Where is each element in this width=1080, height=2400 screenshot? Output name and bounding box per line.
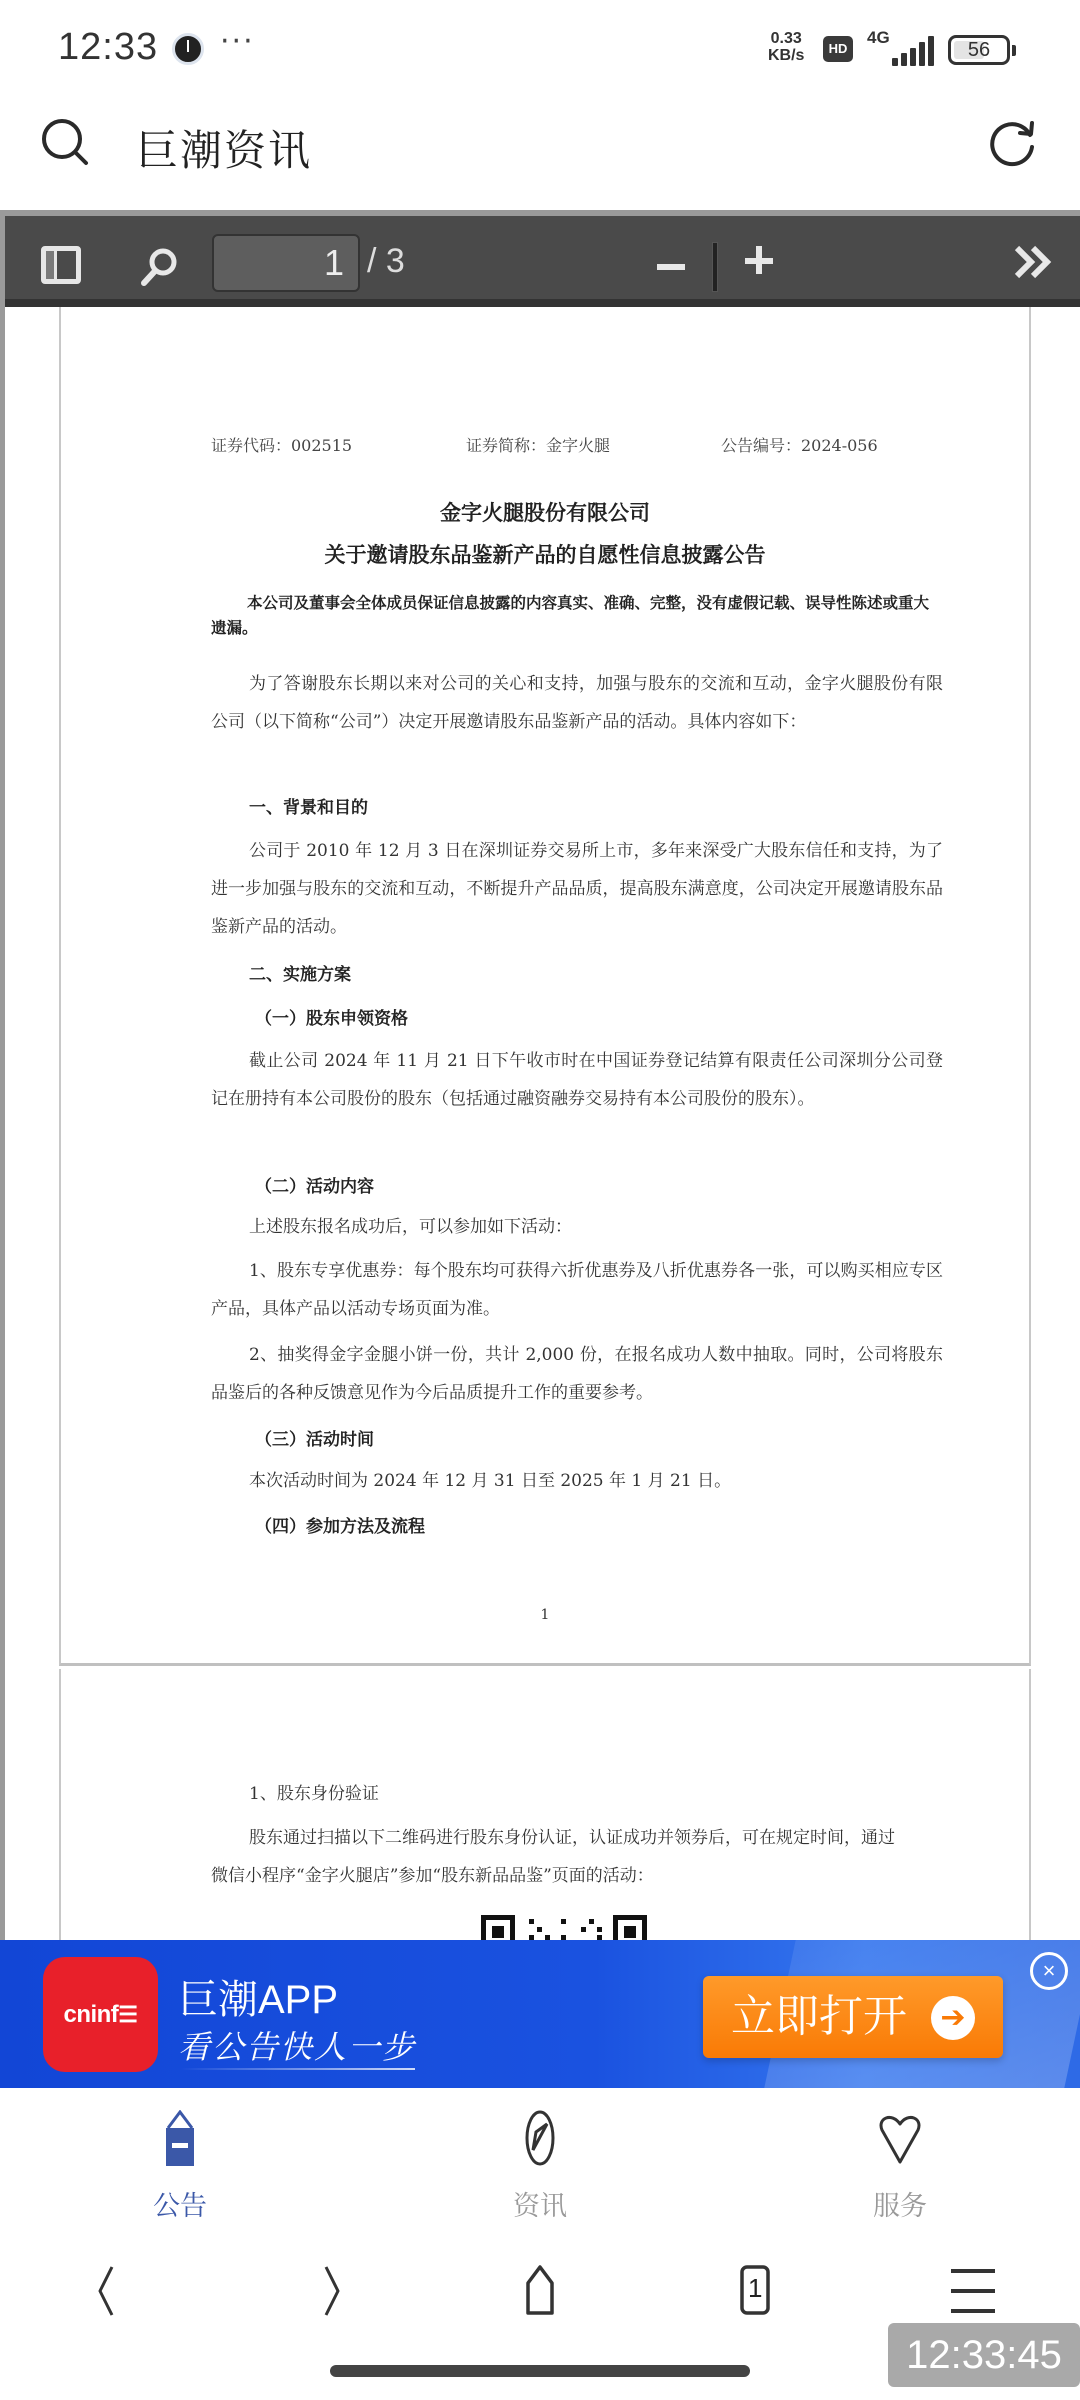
doc-title-subject: 关于邀请股东品鉴新产品的自愿性信息披露公告 (61, 539, 1029, 569)
step-1-body: 股东通过扫描以下二维码进行股东身份认证，认证成功并领券后，可在规定时间，通过微信… (211, 1819, 911, 1895)
tab-announcements[interactable]: 公告 (80, 2088, 280, 2225)
status-bar: 12:33 ··· 0.33 KB/s HD 4G 56 (0, 0, 1080, 95)
status-time: 12:33 (58, 26, 158, 69)
pdf-viewport[interactable]: 证券代码：002515 证券简称：金字火腿 公告编号：2024-056 金字火腿… (0, 307, 1080, 1940)
forward-button[interactable] (300, 2261, 360, 2321)
announcement-number: 公告编号：2024-056 (721, 433, 878, 456)
subsection-1-heading: （一）股东申领资格 (255, 1004, 408, 1029)
tab-count: 1 (748, 2273, 762, 2304)
zoom-in-button[interactable] (743, 246, 773, 276)
refresh-button[interactable] (986, 117, 1040, 171)
subsection-1-body: 截止公司 2024 年 11 月 21 日下午收市时在中国证券登记结算有限责任公… (211, 1042, 943, 1118)
pdf-viewer: 1 / 3 证券代码：002515 证券简称：金字火腿 公告编号：2024-05… (0, 210, 1080, 1940)
tab-label: 资讯 (440, 2184, 640, 2223)
toolbar-divider (712, 242, 718, 292)
browser-nav-bar: 1 12:33:45 (0, 2225, 1080, 2400)
doc-title-company: 金字火腿股份有限公司 (61, 497, 1029, 527)
tab-label: 公告 (80, 2184, 280, 2223)
disclaimer: 本公司及董事会全体成员保证信息披露的内容真实、准确、完整，没有虚假记载、误导性陈… (211, 590, 941, 640)
announcement-icon (152, 2110, 208, 2166)
pdf-toolbar: 1 / 3 (0, 210, 1080, 307)
subsection-2-item-2: 2、抽奖得金字金腿小饼一份，共计 2,000 份，在报名成功人数中抽取。同时，公… (211, 1336, 943, 1412)
chevron-right-icon (300, 2261, 360, 2321)
banner-title: 巨潮APP (178, 1968, 338, 2025)
tab-news[interactable]: 资讯 (440, 2088, 640, 2225)
home-icon (510, 2261, 570, 2321)
tabs-button[interactable]: 1 (728, 2261, 788, 2321)
compass-icon (512, 2110, 568, 2166)
hd-voice-icon: HD (823, 36, 853, 62)
refresh-icon (986, 117, 1040, 171)
logo-text: cninf (63, 2001, 118, 2028)
back-button[interactable] (78, 2261, 138, 2321)
pdf-page-1: 证券代码：002515 证券简称：金字火腿 公告编号：2024-056 金字火腿… (59, 307, 1031, 1666)
subsection-3-heading: （三）活动时间 (255, 1425, 374, 1450)
subsection-2-item-1: 1、股东专享优惠券：每个股东均可获得六折优惠券及八折优惠券各一张，可以购买相应专… (211, 1252, 943, 1328)
menu-button[interactable] (945, 2261, 1005, 2321)
network-speed-unit: KB/s (768, 47, 804, 64)
battery-icon: 56 (948, 35, 1010, 65)
menu-icon (945, 2261, 1005, 2321)
close-banner-button[interactable]: × (1030, 1952, 1068, 1990)
more-tools-button[interactable] (1013, 242, 1057, 290)
section-1-body: 公司于 2010 年 12 月 3 日在深圳证券交易所上市，多年来深受广大股东信… (211, 832, 943, 946)
tab-label: 服务 (800, 2184, 1000, 2223)
battery-level: 56 (968, 39, 990, 61)
app-header: 巨潮资讯 (0, 95, 1080, 210)
qr-code (481, 1915, 661, 1940)
app-promo-banner[interactable]: cninf☰ 巨潮APP 看公告快人一步 立即打开 ➔ × (0, 1940, 1080, 2088)
open-app-button[interactable]: 立即打开 ➔ (703, 1976, 1003, 2058)
signal-strength-icon (870, 36, 934, 66)
intro-paragraph: 为了答谢股东长期以来对公司的关心和支持，加强与股东的交流和互动，金字火腿股份有限… (211, 665, 943, 741)
step-1-heading: 1、股东身份验证 (249, 1779, 379, 1804)
network-speed-value: 0.33 (768, 30, 804, 47)
search-icon (40, 117, 92, 169)
tab-services[interactable]: 服务 (800, 2088, 1000, 2225)
section-2-heading: 二、实施方案 (249, 960, 351, 985)
subsection-2-intro: 上述股东报名成功后，可以参加如下活动： (211, 1208, 943, 1246)
section-1-heading: 一、背景和目的 (249, 793, 368, 818)
double-chevron-right-icon (1013, 242, 1057, 282)
battery-tip (1012, 45, 1016, 56)
clock-app-icon (172, 33, 204, 65)
logo-mark-icon: ☰ (118, 2002, 137, 2027)
page-number-input[interactable]: 1 (212, 234, 360, 292)
chevron-left-icon (78, 2261, 138, 2321)
stock-short-name: 证券简称：金字火腿 (466, 433, 610, 456)
slogan-underline (180, 2068, 415, 2070)
subsection-4-heading: （四）参加方法及流程 (255, 1512, 425, 1537)
subsection-3-body: 本次活动时间为 2024 年 12 月 31 日至 2025 年 1 月 21 … (211, 1462, 943, 1500)
stock-code: 证券代码：002515 (211, 433, 352, 456)
home-button[interactable] (510, 2261, 570, 2321)
more-notifications-icon: ··· (220, 24, 255, 59)
arrow-right-icon: ➔ (931, 1996, 975, 2040)
bottom-tab-bar: 公告 资讯 服务 (0, 2088, 1080, 2225)
zoom-out-button[interactable] (655, 252, 685, 282)
open-app-label: 立即打开 (731, 1991, 907, 2042)
clock-overlay: 12:33:45 (888, 2323, 1080, 2387)
search-button[interactable] (40, 117, 92, 169)
find-button[interactable] (137, 244, 183, 290)
page-title: 巨潮资讯 (136, 118, 312, 178)
toggle-sidebar-button[interactable] (41, 246, 81, 284)
home-indicator[interactable] (330, 2365, 750, 2377)
find-icon (137, 244, 183, 290)
banner-slogan: 看公告快人一步 (178, 2022, 416, 2068)
subsection-2-heading: （二）活动内容 (255, 1172, 374, 1197)
network-speed: 0.33 KB/s (768, 30, 804, 64)
page-number: 1 (61, 1607, 1029, 1623)
page-total: / 3 (367, 242, 405, 281)
pdf-page-2: 1、股东身份验证 股东通过扫描以下二维码进行股东身份认证，认证成功并领券后，可在… (59, 1669, 1031, 1940)
heart-icon (872, 2110, 928, 2166)
cninfo-logo: cninf☰ (43, 1957, 158, 2072)
